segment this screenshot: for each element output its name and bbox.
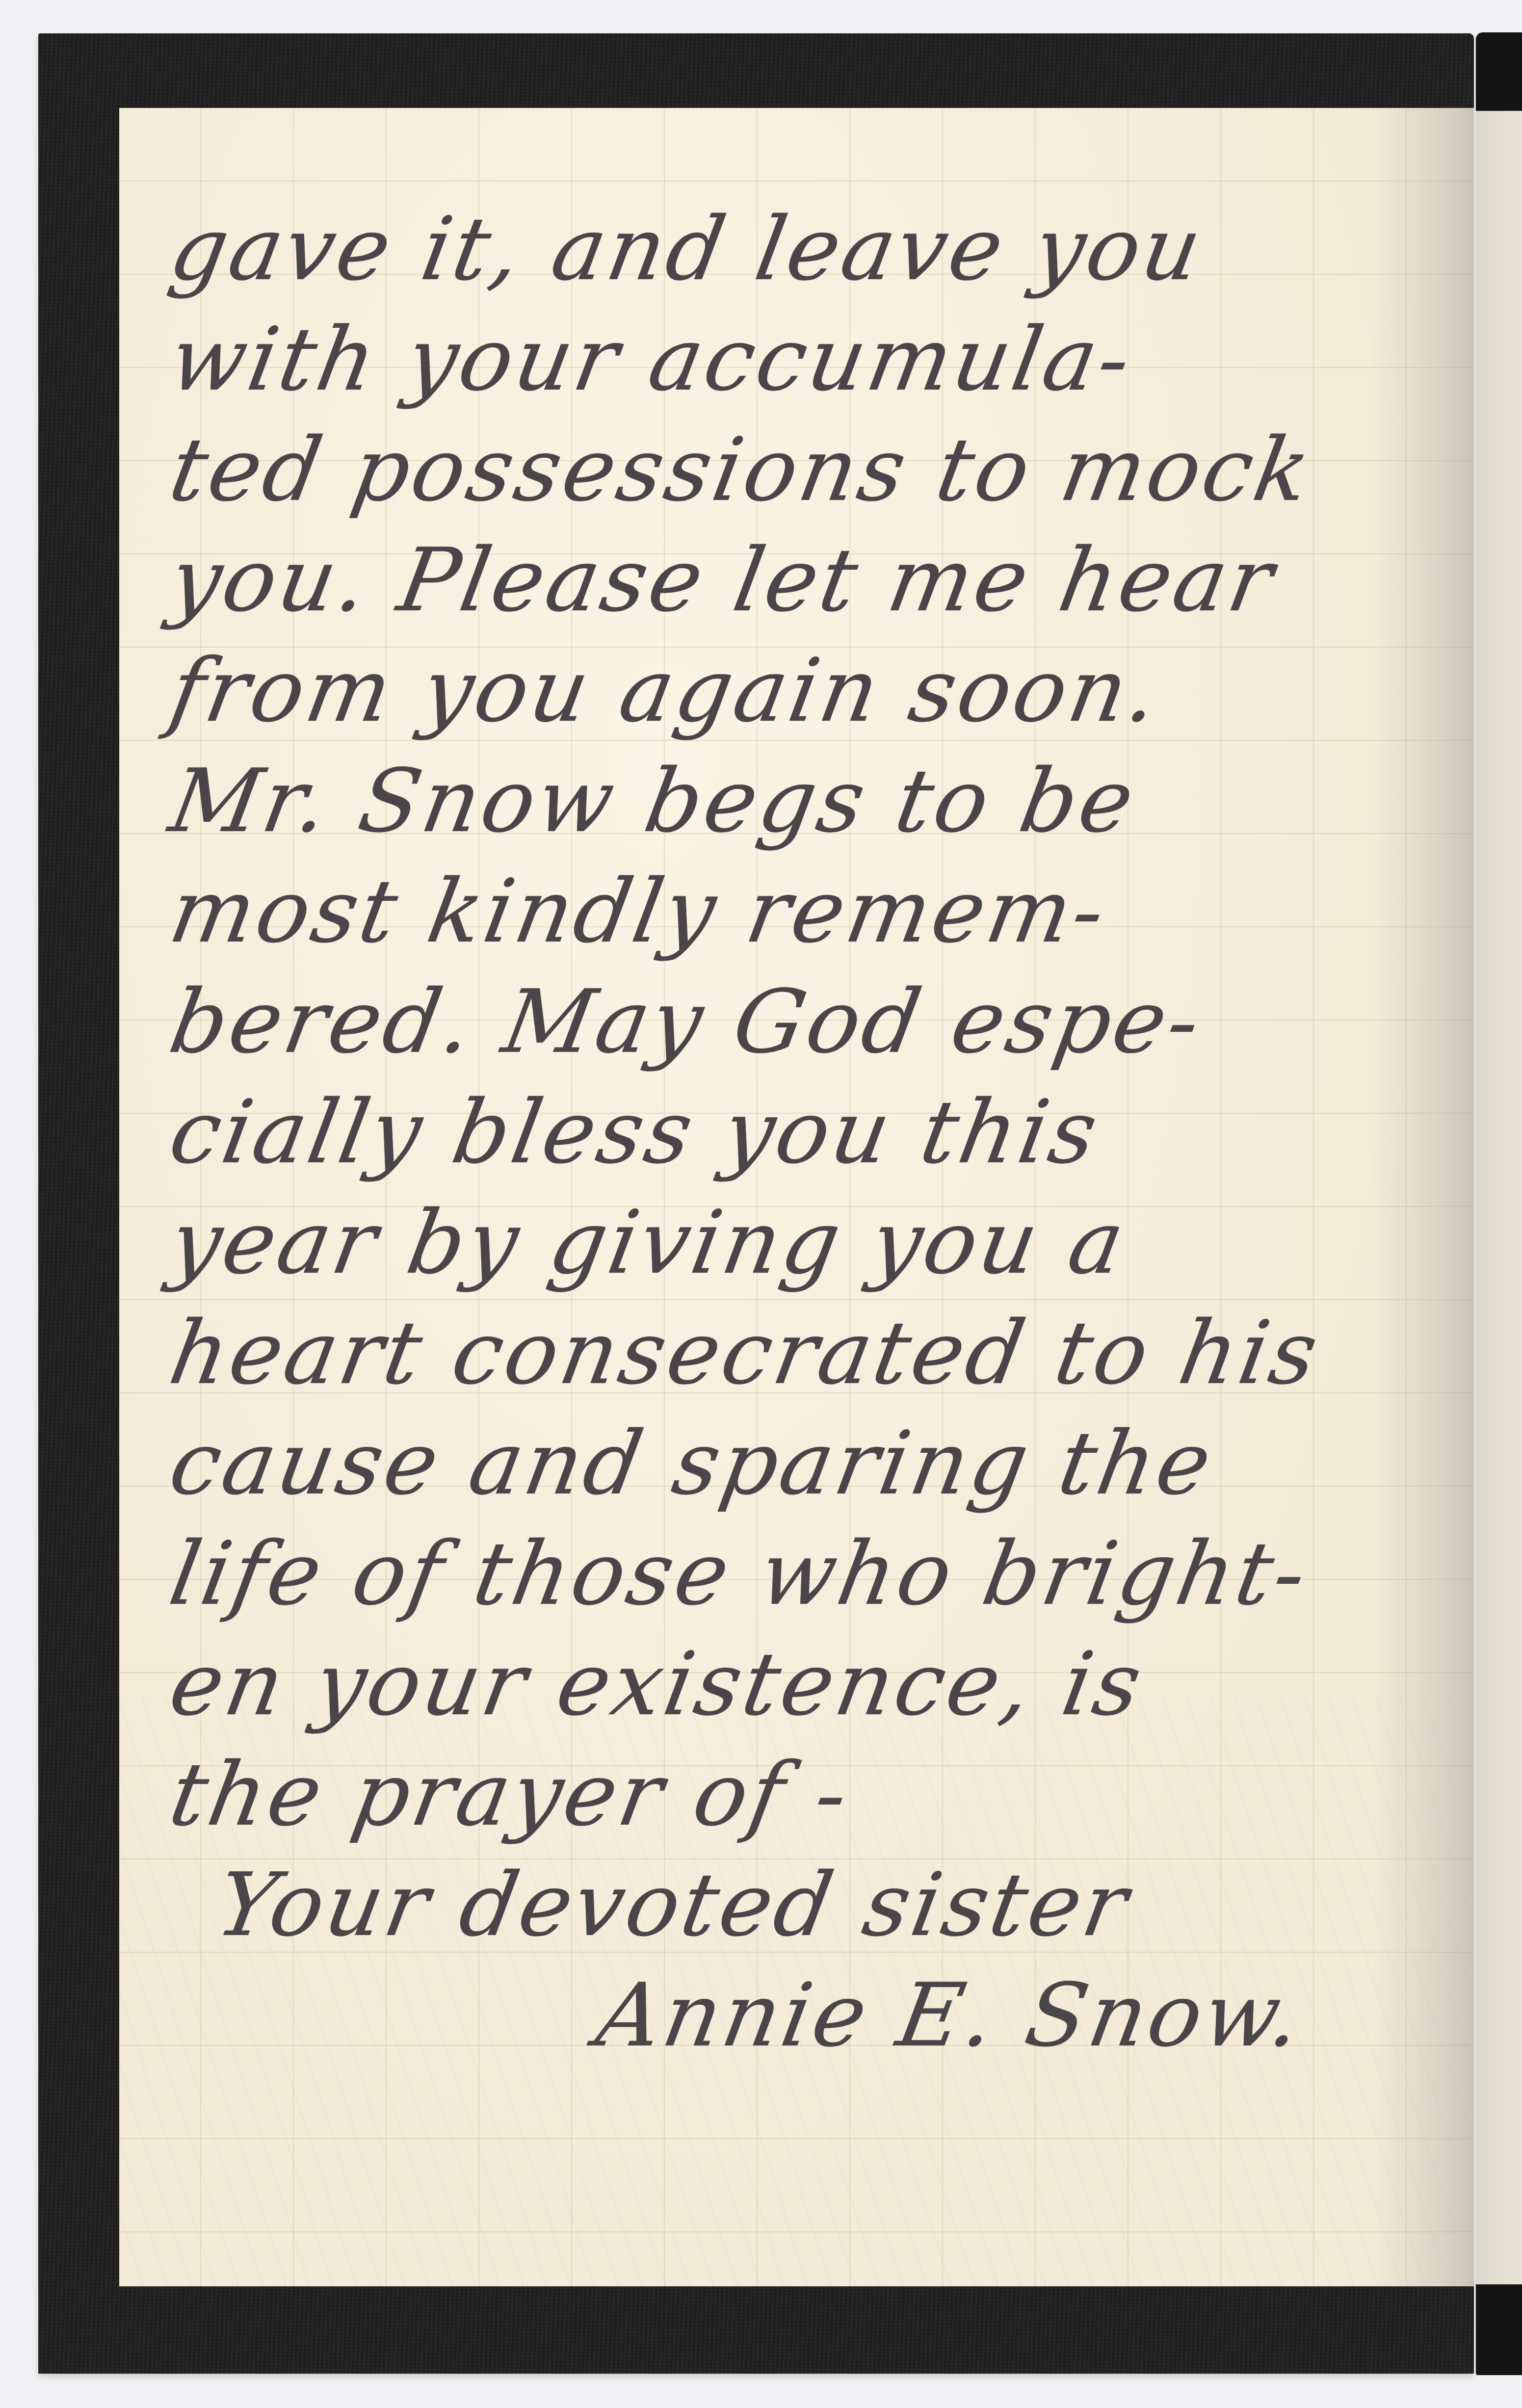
letter-text: gave it, and leave you with your accumul… — [162, 194, 1447, 2070]
closing-salutation: Your devoted sister — [162, 1850, 1467, 1960]
letter-line: Mr. Snow begs to be — [162, 746, 1467, 856]
letter-line: with your accumula- — [162, 304, 1467, 415]
letter-line: year by giving you a — [162, 1187, 1467, 1298]
letter-line: most kindly remem- — [162, 856, 1467, 967]
letter-line: life of those who bright- — [162, 1518, 1467, 1629]
letter-line: gave it, and leave you — [162, 194, 1467, 304]
letter-line: cially bless you this — [162, 1077, 1467, 1187]
letter-line: cause and sparing the — [162, 1408, 1467, 1518]
letter-line: the prayer of - — [162, 1739, 1467, 1850]
letter-line: from you again soon. — [162, 635, 1467, 746]
letter-line: bered. May God espe- — [162, 967, 1467, 1077]
scanned-page: gave it, and leave you with your accumul… — [0, 0, 1522, 2408]
letter-line: ted possessions to mock — [162, 415, 1467, 525]
letter-line: you. Please let me hear — [162, 525, 1467, 635]
letter-line: heart consecrated to his — [162, 1298, 1467, 1408]
adjacent-page-edge — [1476, 32, 1522, 2375]
letter-line: en your existence, is — [162, 1629, 1467, 1739]
signature: Annie E. Snow. — [162, 1960, 1467, 2070]
adjacent-page-paper — [1476, 111, 1522, 2284]
